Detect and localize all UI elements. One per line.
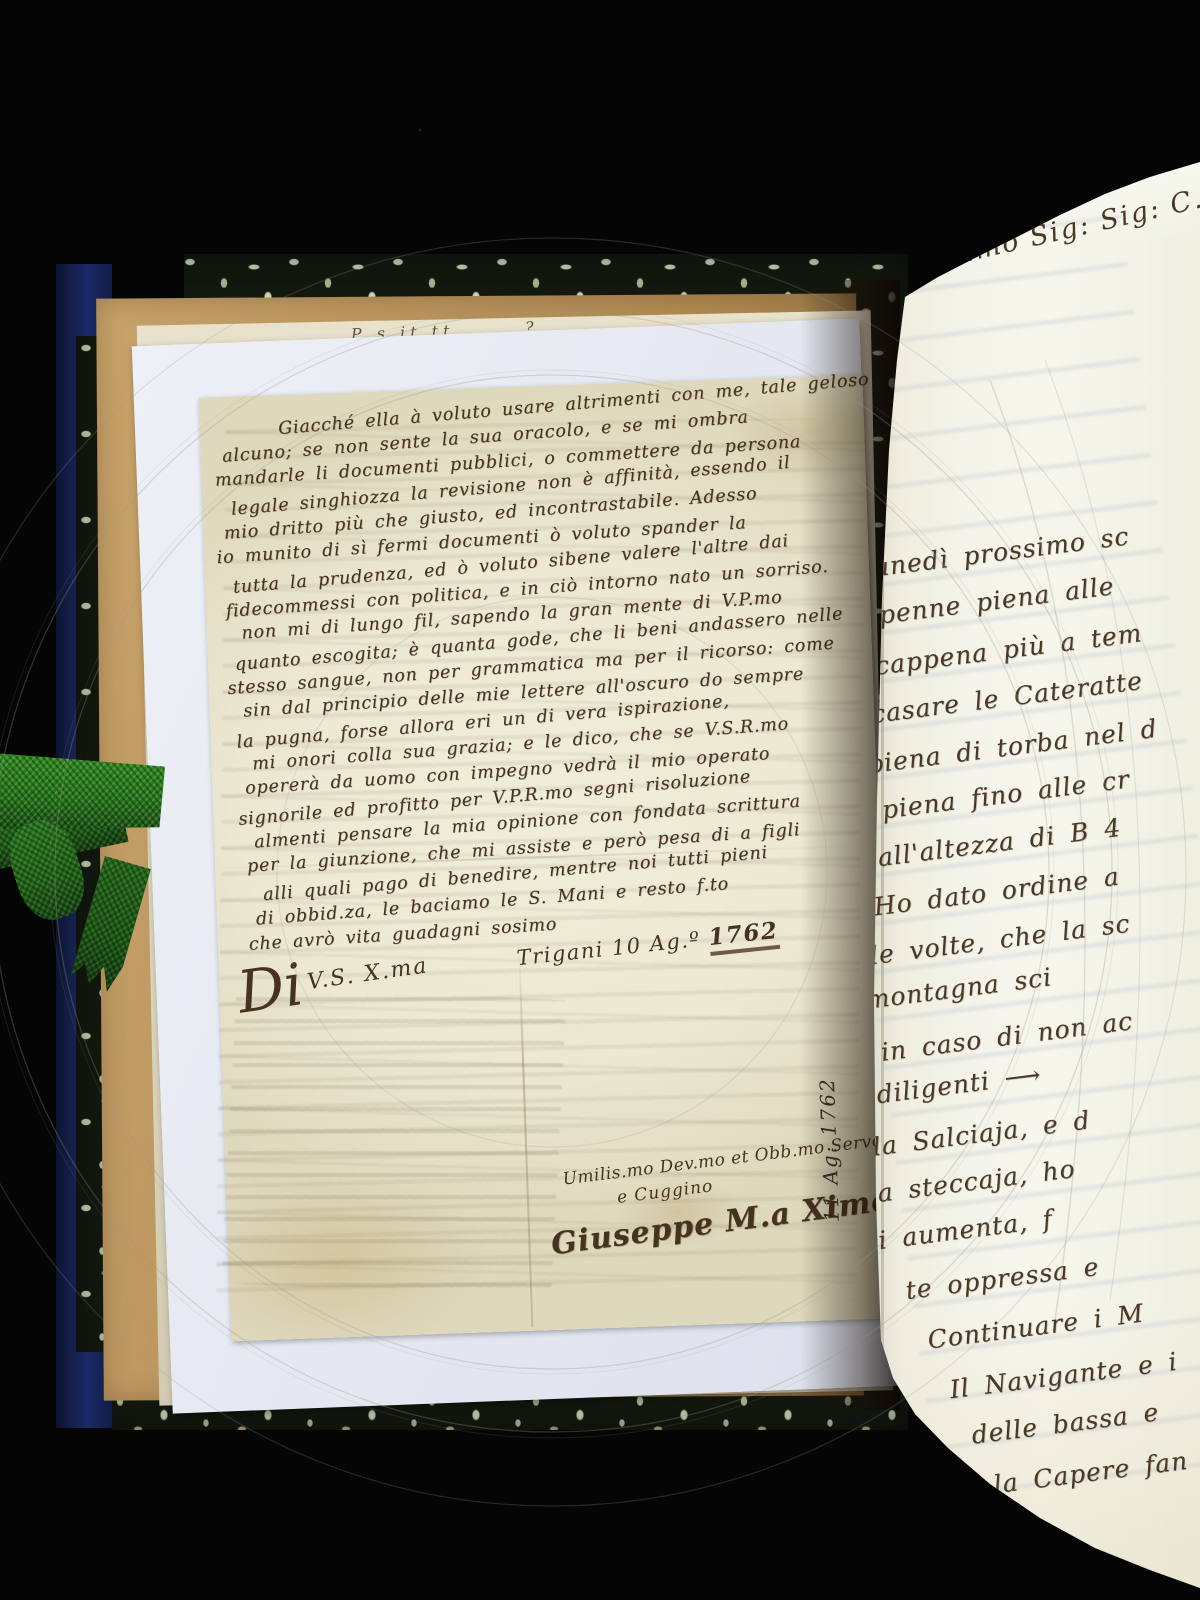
green-ribbon-band: [0, 753, 165, 835]
manuscript-letter: Giacché ella à voluto usare altrimenti c…: [199, 375, 896, 1342]
ink-bleed-through-dense: [221, 983, 566, 1300]
valediction-rest: V.S. X.ma: [306, 953, 430, 995]
valediction-initial: Di: [233, 950, 307, 1026]
manuscript-photo: P s it tt . . . ? Giacché ella à voluto …: [0, 0, 1200, 1600]
